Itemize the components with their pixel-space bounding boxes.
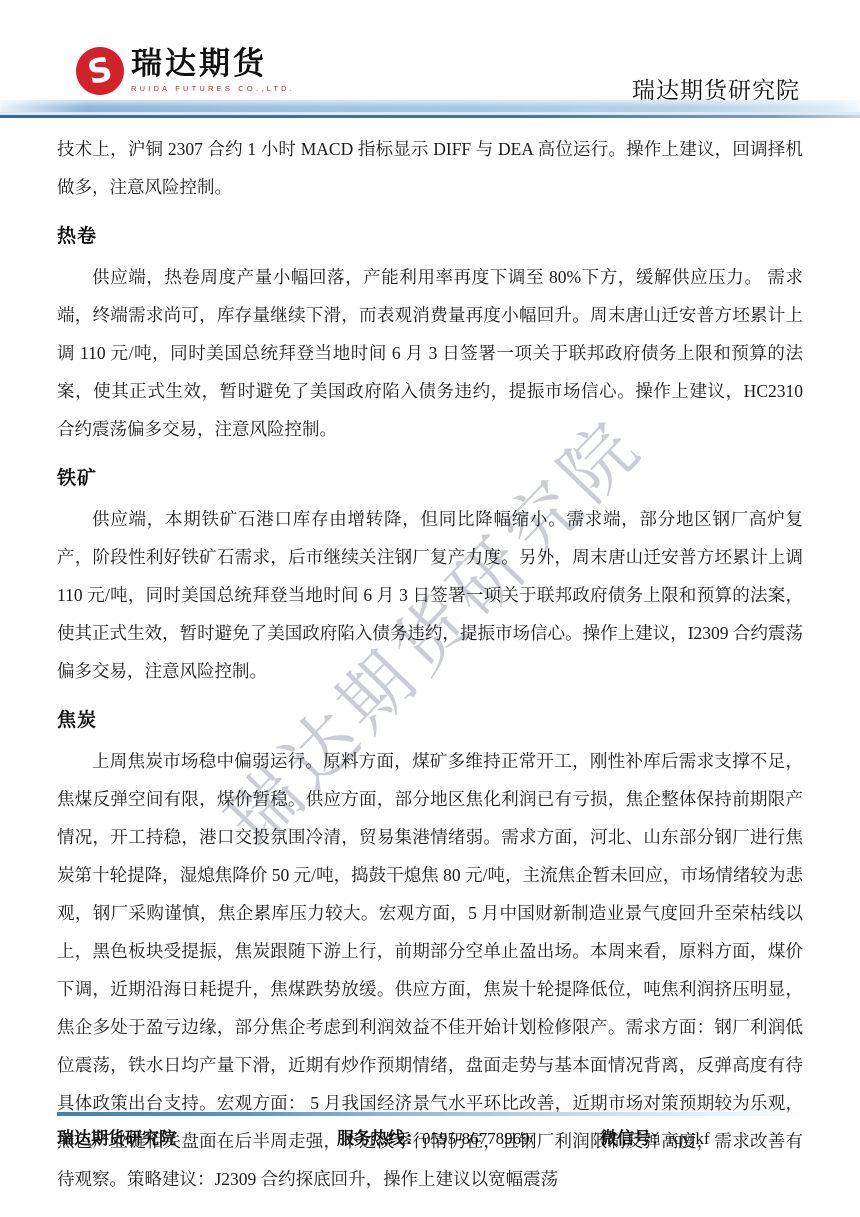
company-logo: S 瑞达期货 RUIDA FUTURES CO.,LTD.	[75, 46, 295, 96]
footer-hotline: 服务热线：0595-86778969	[337, 1124, 530, 1154]
footer-gradient-rule	[57, 1112, 812, 1116]
ruida-logo-icon: S	[75, 46, 125, 96]
section-heading-coke: 焦炭	[57, 709, 803, 733]
footer-org-name: 瑞达期货研究院	[57, 1124, 176, 1154]
footer-hotline-label: 服务热线：	[337, 1129, 422, 1148]
page-footer: 瑞达期货研究院 服务热线：0595-86778969 微信号：rqyjkf	[0, 1100, 860, 1217]
brand-name-cn: 瑞达期货	[131, 46, 295, 82]
section-body-iron-ore: 供应端，本期铁矿石港口库存由增转降，但同比降幅缩小。需求端，部分地区钢厂高炉复产…	[57, 500, 803, 690]
intro-paragraph: 技术上，沪铜 2307 合约 1 小时 MACD 指标显示 DIFF 与 DEA…	[57, 130, 803, 206]
page-header: S 瑞达期货 RUIDA FUTURES CO.,LTD. 瑞达期货研究院	[0, 0, 860, 117]
brand-text: 瑞达期货 RUIDA FUTURES CO.,LTD.	[131, 46, 295, 93]
section-heading-hot-coil: 热卷	[57, 225, 803, 249]
footer-row: 瑞达期货研究院 服务热线：0595-86778969 微信号：rqyjkf	[0, 1124, 860, 1154]
footer-wechat-id: rqyjkf	[668, 1129, 710, 1148]
report-body: 技术上，沪铜 2307 合约 1 小时 MACD 指标显示 DIFF 与 DEA…	[57, 117, 803, 1198]
footer-hotline-number: 0595-86778969	[422, 1129, 530, 1148]
report-page: S 瑞达期货 RUIDA FUTURES CO.,LTD. 瑞达期货研究院 瑞达…	[0, 0, 860, 1217]
footer-wechat: 微信号：rqyjkf	[600, 1124, 710, 1154]
header-gradient-bar	[0, 100, 860, 112]
brand-name-en: RUIDA FUTURES CO.,LTD.	[131, 84, 295, 93]
footer-wechat-label: 微信号：	[600, 1129, 668, 1148]
section-heading-iron-ore: 铁矿	[57, 467, 803, 491]
section-body-hot-coil: 供应端，热卷周度产量小幅回落，产能利用率再度下调至 80%下方，缓解供应压力。 …	[57, 258, 803, 448]
